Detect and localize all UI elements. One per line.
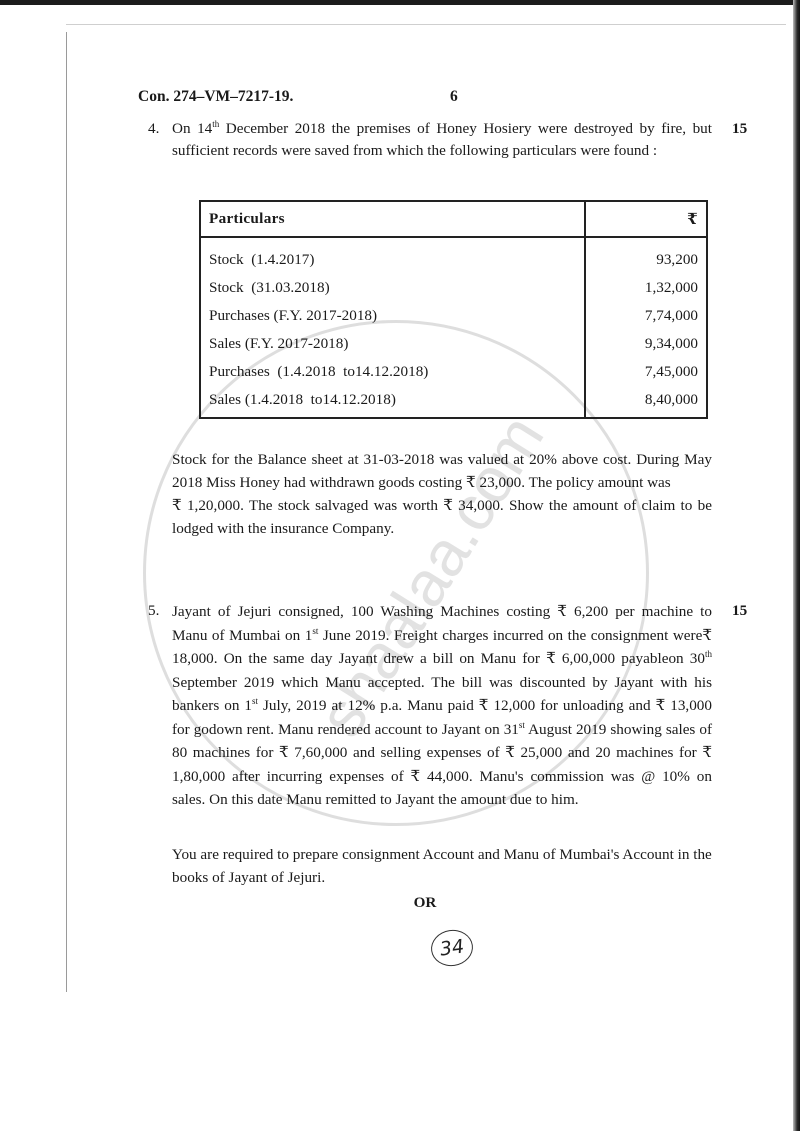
question-5-task: You are required to prepare consignment …	[172, 843, 712, 889]
intro-text: On 14	[172, 120, 212, 137]
amount-cell: 7,45,000	[585, 358, 707, 386]
table-row: Sales (1.4.2018 to14.12.2018)8,40,000	[200, 386, 707, 418]
particular-cell: Stock (31.03.2018)	[200, 274, 585, 302]
amount-cell: 1,32,000	[585, 274, 707, 302]
question-text: Jayant of Jejuri consigned, 100 Washing …	[172, 600, 712, 812]
particular-cell: Purchases (F.Y. 2017-2018)	[200, 302, 585, 330]
scan-top-edge	[0, 0, 800, 5]
table-row: Purchases (1.4.2018 to14.12.2018)7,45,00…	[200, 358, 707, 386]
handwritten-page-stamp: 34	[429, 927, 476, 968]
paper-code: Con. 274–VM–7217-19.	[138, 88, 293, 106]
page-left-border	[66, 32, 67, 992]
particular-cell: Stock (1.4.2017)	[200, 237, 585, 274]
amount-cell: 8,40,000	[585, 386, 707, 418]
amount-cell: 9,34,000	[585, 330, 707, 358]
particular-cell: Purchases (1.4.2018 to14.12.2018)	[200, 358, 585, 386]
amount-cell: 93,200	[585, 237, 707, 274]
table-row: Purchases (F.Y. 2017-2018)7,74,000	[200, 302, 707, 330]
table-row: Sales (F.Y. 2017-2018)9,34,000	[200, 330, 707, 358]
question-4-details: Stock for the Balance sheet at 31-03-201…	[172, 448, 712, 540]
paragraph: Stock for the Balance sheet at 31-03-201…	[172, 448, 712, 494]
question-4: 4. 15 On 14th December 2018 the premises…	[148, 118, 738, 162]
particular-cell: Sales (1.4.2018 to14.12.2018)	[200, 386, 585, 418]
question-marks: 15	[732, 600, 747, 622]
task-text: You are required to prepare consignment …	[172, 843, 712, 889]
amount-cell: 7,74,000	[585, 302, 707, 330]
intro-text: December 2018 the premises of Honey Hosi…	[172, 120, 712, 159]
table-header-row: Particulars ₹	[200, 201, 707, 237]
page-number: 6	[450, 88, 458, 106]
table-row: Stock (31.03.2018)1,32,000	[200, 274, 707, 302]
question-text: On 14th December 2018 the premises of Ho…	[172, 118, 712, 162]
table-row: Stock (1.4.2017)93,200	[200, 237, 707, 274]
question-marks: 15	[732, 118, 747, 140]
question-5: 5. 15 Jayant of Jejuri consigned, 100 Wa…	[148, 600, 738, 812]
page-top-border	[66, 24, 786, 25]
scan-right-edge	[793, 0, 800, 1131]
question-number: 5.	[148, 600, 159, 622]
question-number: 4.	[148, 118, 159, 140]
column-header-amount: ₹	[585, 201, 707, 237]
particular-cell: Sales (F.Y. 2017-2018)	[200, 330, 585, 358]
paragraph: ₹ 1,20,000. The stock salvaged was worth…	[172, 494, 712, 540]
ordinal-suffix: th	[705, 649, 712, 659]
column-header-particulars: Particulars	[200, 201, 585, 237]
or-separator: OR	[0, 894, 800, 912]
particulars-table: Particulars ₹ Stock (1.4.2017)93,200Stoc…	[199, 200, 708, 419]
